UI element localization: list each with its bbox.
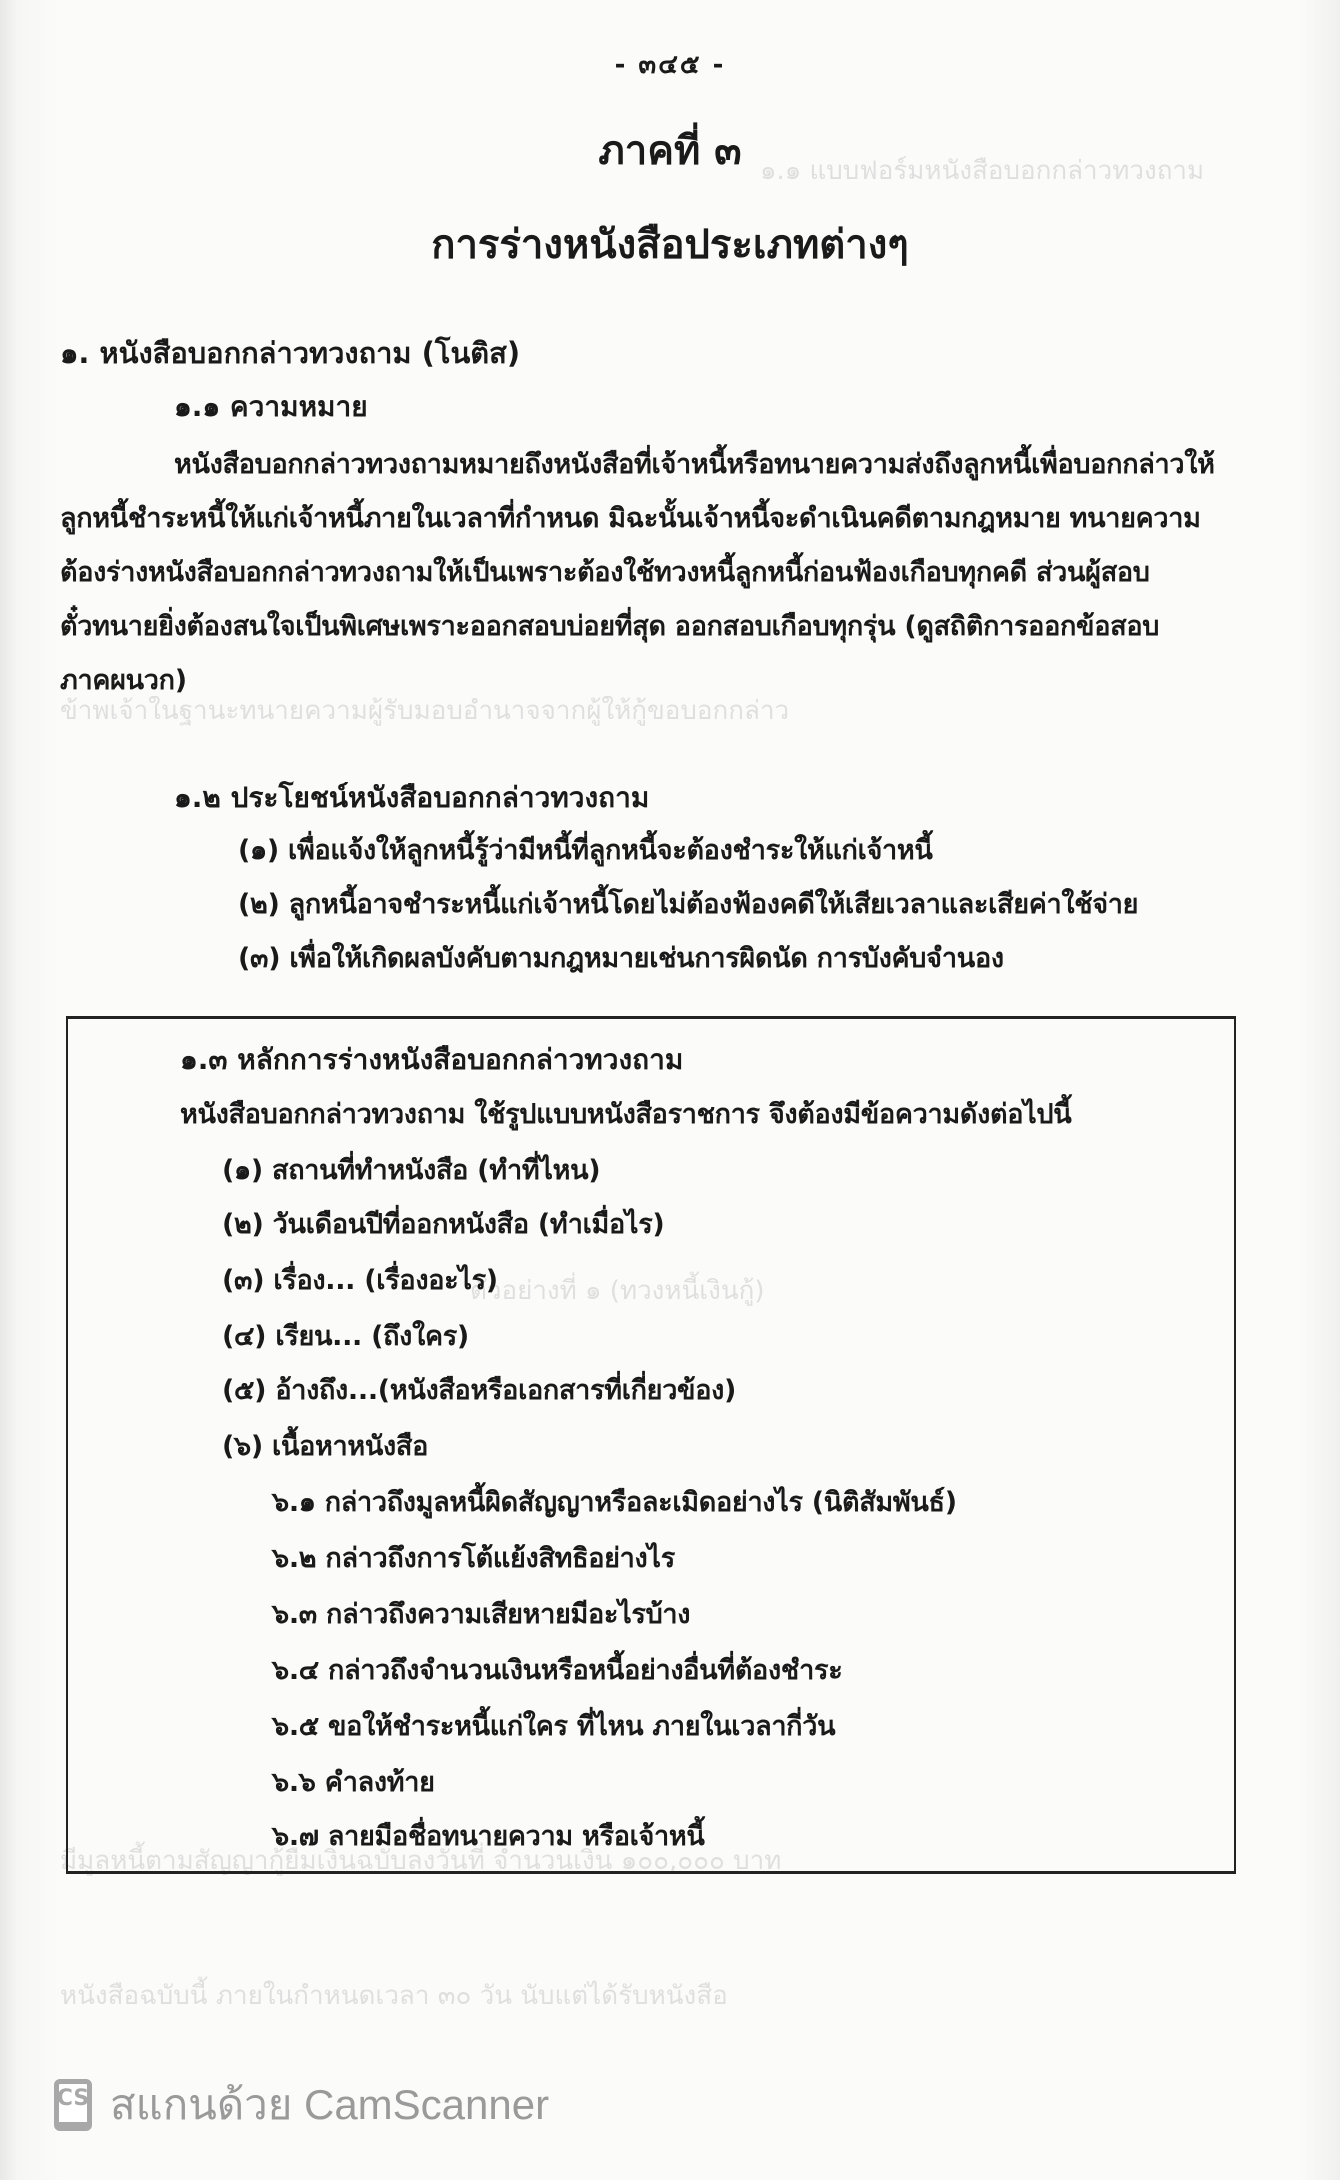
principle-item: (๕) อ้างถึง...(หนังสือหรือเอกสารที่เกี่ย… [222, 1368, 736, 1411]
bleed-through: หนังสือฉบับนี้ ภายในกำหนดเวลา ๓๐ วัน นับ… [60, 1975, 728, 2016]
benefit-item: (๓) เพื่อให้เกิดผลบังคับตามกฎหมายเช่นการ… [238, 936, 1004, 979]
section-heading: ๑. หนังสือบอกกล่าวทวงถาม (โนติส) [60, 330, 520, 376]
page-number: - ๓๔๕ - [0, 44, 1340, 85]
scanned-page: ๑.๑ แบบฟอร์มหนังสือบอกกล่าวทวงถาม ข้าพเจ… [0, 0, 1340, 2180]
principle-item: (๓) เรื่อง... (เรื่องอะไร) [222, 1258, 498, 1301]
content-subitem: ๖.๖ คำลงท้าย [272, 1760, 435, 1803]
paragraph-line: ภาคผนวก) [60, 658, 187, 701]
content-subitem: ๖.๕ ขอให้ชำระหนี้แก่ใคร ที่ไหน ภายในเวลา… [272, 1704, 835, 1747]
content-subitem: ๖.๔ กล่าวถึงจำนวนเงินหรือหนี้อย่างอื่นที… [272, 1648, 842, 1691]
principle-item: (๔) เรียน... (ถึงใคร) [222, 1314, 469, 1357]
principles-intro: หนังสือบอกกล่าวทวงถาม ใช้รูปแบบหนังสือรา… [180, 1092, 1071, 1135]
content-subitem: ๖.๒ กล่าวถึงการโต้แย้งสิทธิอย่างไร [272, 1536, 675, 1579]
paragraph-line: หนังสือบอกกล่าวทวงถามหมายถึงหนังสือที่เจ… [174, 442, 1215, 485]
subsection-heading-benefits: ๑.๒ ประโยชน์หนังสือบอกกล่าวทวงถาม [174, 776, 649, 820]
subsection-heading-meaning: ๑.๑ ความหมาย [174, 385, 368, 429]
paragraph-line: ลูกหนี้ชำระหนี้ให้แก่เจ้าหนี้ภายในเวลาที… [60, 496, 1201, 539]
part-title: ภาคที่ ๓ [0, 118, 1340, 182]
content-subitem: ๖.๓ กล่าวถึงความเสียหายมีอะไรบ้าง [272, 1592, 690, 1635]
content-subitem: ๖.๗ ลายมือชื่อทนายความ หรือเจ้าหนี้ [272, 1814, 705, 1857]
principle-item: (๑) สถานที่ทำหนังสือ (ทำที่ไหน) [222, 1148, 600, 1191]
subsection-heading-principles: ๑.๓ หลักการร่างหนังสือบอกกล่าวทวงถาม [180, 1038, 683, 1082]
principle-item: (๒) วันเดือนปีที่ออกหนังสือ (ทำเมื่อไร) [222, 1202, 664, 1245]
watermark-text: สแกนด้วย CamScanner [110, 2072, 549, 2138]
benefit-item: (๑) เพื่อแจ้งให้ลูกหนี้รู้ว่ามีหนี้ที่ลู… [238, 828, 933, 871]
paragraph-line: ตั๋วทนายยิ่งต้องสนใจเป็นพิเศษเพราะออกสอบ… [60, 604, 1159, 647]
camscanner-logo-icon: CS [54, 2079, 92, 2131]
principle-item: (๖) เนื้อหาหนังสือ [222, 1424, 428, 1467]
paragraph-line: ต้องร่างหนังสือบอกกล่าวทวงถามให้เป็นเพรา… [60, 550, 1150, 593]
camscanner-watermark: CS สแกนด้วย CamScanner [54, 2072, 549, 2138]
chapter-title: การร่างหนังสือประเภทต่างๆ [0, 212, 1340, 276]
content-subitem: ๖.๑ กล่าวถึงมูลหนี้ผิดสัญญาหรือละเมิดอย่… [272, 1480, 957, 1523]
benefit-item: (๒) ลูกหนี้อาจชำระหนี้แก่เจ้าหนี้โดยไม่ต… [238, 882, 1138, 925]
